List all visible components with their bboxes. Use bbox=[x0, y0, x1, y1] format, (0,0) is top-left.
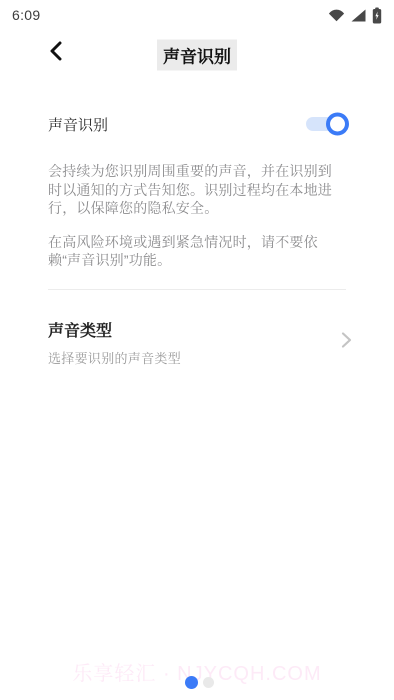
sound-type-title: 声音类型 bbox=[48, 318, 181, 341]
back-button[interactable] bbox=[40, 36, 72, 68]
sound-recognition-row: 声音识别 bbox=[48, 110, 346, 138]
sound-type-row[interactable]: 声音类型 选择要识别的声音类型 bbox=[48, 318, 346, 367]
wifi-icon bbox=[328, 9, 345, 22]
status-bar: 6:09 bbox=[0, 0, 394, 26]
back-chevron-icon bbox=[50, 41, 62, 64]
content: 声音识别 会持续为您识别周围重要的声音，并在识别到时以通知的方式告知您。识别过程… bbox=[0, 110, 394, 367]
divider bbox=[48, 289, 346, 290]
sound-recognition-label: 声音识别 bbox=[48, 114, 108, 135]
cellular-signal-icon bbox=[351, 9, 366, 22]
chevron-right-icon bbox=[340, 331, 352, 354]
page-dot-active bbox=[185, 676, 198, 689]
watermark-text: 乐享轻汇 · NJYCQH.COM bbox=[0, 657, 394, 686]
description-paragraph-1: 会持续为您识别周围重要的声音，并在识别到时以通知的方式告知您。识别过程均在本地进… bbox=[48, 162, 346, 218]
description-paragraph-2: 在高风险环境或遇到紧急情况时，请不要依赖“声音识别”功能。 bbox=[48, 233, 346, 270]
header: 声音识别 bbox=[0, 32, 394, 78]
sound-type-subtitle: 选择要识别的声音类型 bbox=[48, 348, 181, 367]
battery-charging-icon bbox=[372, 7, 382, 24]
toggle-thumb bbox=[326, 113, 349, 136]
sound-type-texts: 声音类型 选择要识别的声音类型 bbox=[48, 318, 181, 367]
status-icons bbox=[328, 7, 382, 24]
status-time: 6:09 bbox=[12, 7, 40, 23]
page-title: 声音识别 bbox=[157, 40, 237, 71]
page-dot-inactive bbox=[203, 677, 214, 688]
sound-recognition-toggle[interactable] bbox=[306, 117, 346, 131]
